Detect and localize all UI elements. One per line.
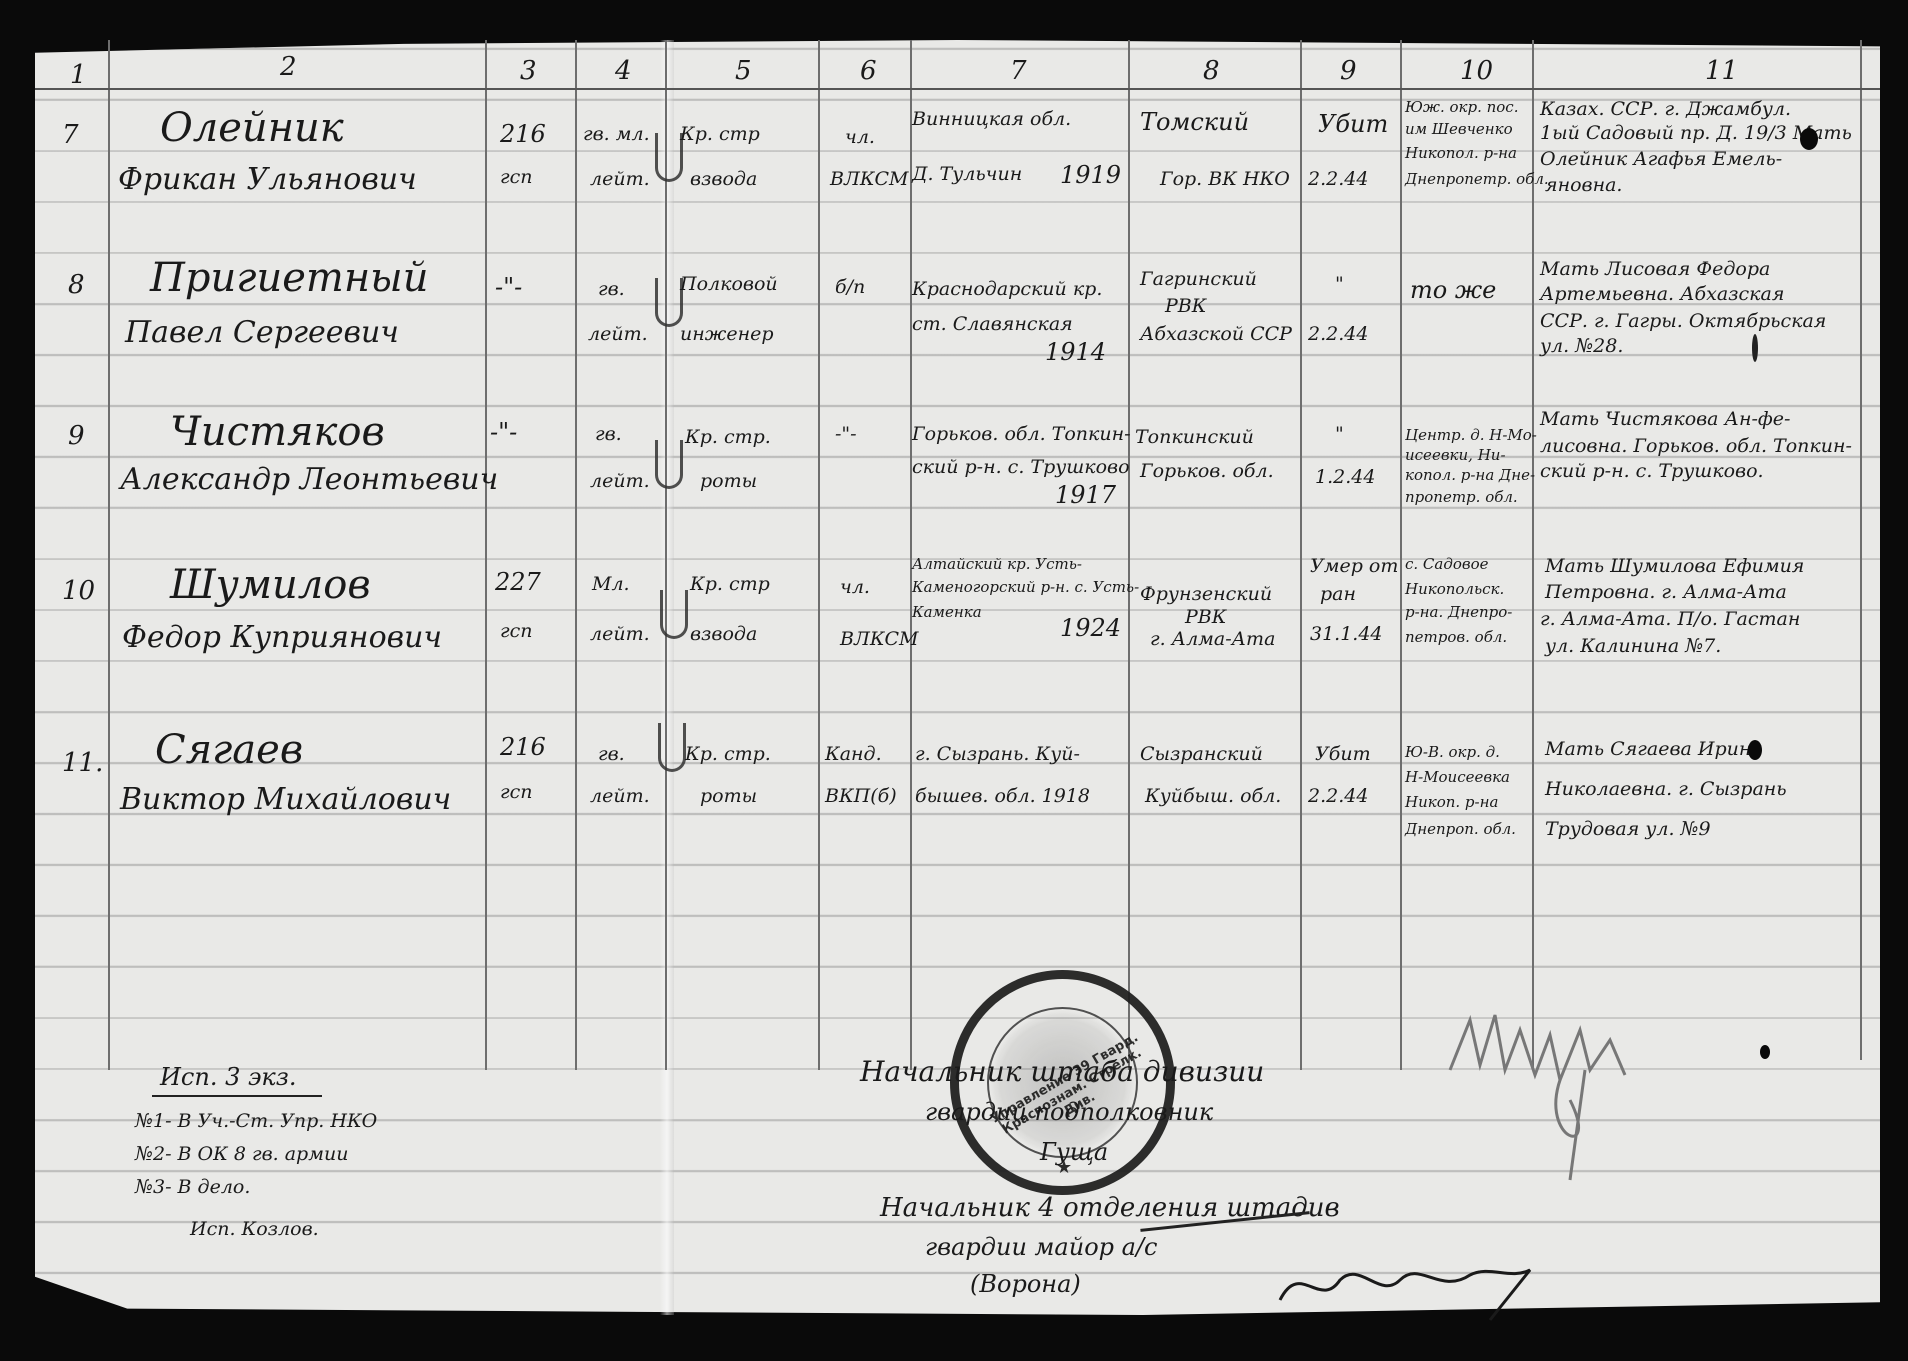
- next-of-kin: Артемьевна. Абхазская: [1540, 285, 1784, 304]
- header-rule: [35, 88, 1880, 90]
- paper-hole: [1748, 740, 1762, 760]
- birth-place: ст. Славянская: [912, 315, 1073, 334]
- rank: лейт.: [588, 325, 648, 344]
- fate-date: 1.2.44: [1315, 468, 1375, 487]
- burial-place: Юж. окр. пос.: [1405, 100, 1518, 115]
- burial-place: Днепроп. обл.: [1405, 822, 1516, 837]
- burial-place: Никопол. р-на: [1405, 146, 1517, 161]
- burial-place: Центр. д. Н-Мо-: [1405, 428, 1537, 443]
- given-names: Федор Куприянович: [122, 623, 442, 653]
- unit: гсп: [500, 622, 532, 641]
- paper-fold: [660, 40, 674, 1315]
- burial-place: им Шевченко: [1405, 122, 1513, 137]
- party-membership: ВЛКСМ: [840, 630, 919, 649]
- fate-date: 2.2.44: [1308, 325, 1368, 344]
- signature-mark: [1440, 1000, 1700, 1230]
- position: роты: [700, 787, 757, 806]
- rank: Мл.: [592, 575, 630, 594]
- column-number: 3: [520, 58, 537, 84]
- next-of-kin: Мать Чистякова Ан-фе-: [1540, 410, 1790, 429]
- unit: 227: [495, 570, 541, 594]
- birth-year: 1919: [1060, 163, 1121, 187]
- column-number: 10: [1460, 58, 1493, 84]
- party-membership: ВКП(б): [825, 787, 897, 806]
- column-number: 1: [70, 62, 87, 88]
- birth-place: г. Сызрань. Куй-: [915, 745, 1080, 764]
- next-of-kin: яновна.: [1545, 176, 1622, 195]
- next-of-kin: лисовна. Горьков. обл. Топкин-: [1540, 437, 1852, 456]
- next-of-kin: Мать Сягаева Ирина: [1545, 740, 1763, 759]
- conscripted-by: РВК: [1165, 297, 1206, 316]
- rank: лейт.: [590, 787, 650, 806]
- next-of-kin: Мать Лисовая Федора: [1540, 260, 1770, 279]
- position: Кр. стр: [680, 125, 760, 144]
- party-membership: б/п: [835, 278, 865, 297]
- conscripted-by: Фрунзенский: [1140, 585, 1272, 604]
- next-of-kin: ул. Калинина №7.: [1545, 637, 1721, 656]
- signatory-name: Гуща: [1040, 1140, 1108, 1164]
- position: Кр. стр: [690, 575, 770, 594]
- row-number: 8: [68, 272, 85, 298]
- surname: Чистяков: [170, 412, 385, 452]
- column-rule: [1400, 40, 1402, 1070]
- burial-place: Никопольск.: [1405, 582, 1504, 597]
- column-rule: [665, 40, 667, 1070]
- burial-place: Днепропетр. обл.: [1405, 172, 1549, 187]
- conscripted-by: Томский: [1140, 110, 1249, 134]
- checkmark-icon: [658, 723, 686, 772]
- signatory-name: (Ворона): [970, 1272, 1081, 1296]
- paper-hole: [1800, 128, 1818, 150]
- burial-place: Н-Моисеевка: [1405, 770, 1510, 785]
- fate: ": [1335, 275, 1344, 294]
- party-membership: -"-: [835, 425, 857, 444]
- unit: гсп: [500, 783, 532, 802]
- checkmark-icon: [655, 440, 683, 489]
- column-rule: [1532, 40, 1534, 1070]
- rank: гв.: [598, 280, 625, 299]
- position: Кр. стр.: [685, 428, 771, 447]
- rank: гв.: [598, 745, 625, 764]
- birth-place: Винницкая обл.: [912, 110, 1071, 129]
- conscripted-by: Абхазской ССР: [1140, 325, 1292, 344]
- burial-place: копол. р-на Дне-: [1405, 468, 1535, 483]
- column-number: 5: [735, 58, 752, 84]
- burial-place: петров. обл.: [1405, 630, 1507, 645]
- rank: гв.: [595, 425, 622, 444]
- rank: лейт.: [590, 170, 650, 189]
- fate-date: 31.1.44: [1310, 625, 1383, 644]
- burial-place: исеевки, Ни-: [1405, 448, 1506, 463]
- birth-place: Каменогорский р-н. с. Усть-: [912, 580, 1139, 595]
- next-of-kin: ул. №28.: [1540, 337, 1623, 356]
- fate-date: 2.2.44: [1308, 787, 1368, 806]
- title-underline: [152, 1095, 322, 1097]
- fate-date: 2.2.44: [1308, 170, 1368, 189]
- surname: Сягаев: [155, 730, 303, 770]
- surname: Олейник: [160, 108, 344, 148]
- conscripted-by: Гор. ВК НКО: [1160, 170, 1290, 189]
- column-rule: [575, 40, 577, 1070]
- column-number: 9: [1340, 58, 1357, 84]
- checkmark-icon: [655, 278, 683, 327]
- unit: -"-: [495, 275, 522, 299]
- conscripted-by: Куйбыш. обл.: [1145, 787, 1281, 806]
- conscripted-by: Горьков. обл.: [1140, 462, 1274, 481]
- unit: гсп: [500, 168, 532, 187]
- next-of-kin: Трудовая ул. №9: [1545, 820, 1711, 839]
- position: Кр. стр.: [685, 745, 771, 764]
- distribution-line: №2- В ОК 8 гв. армии: [135, 1145, 348, 1164]
- column-number: 7: [1010, 58, 1027, 84]
- next-of-kin: Николаевна. г. Сызрань: [1545, 780, 1787, 799]
- next-of-kin: г. Алма-Ата. П/о. Гастан: [1540, 610, 1800, 629]
- distribution-title: Исп. 3 экз.: [160, 1065, 296, 1089]
- fate: ран: [1320, 585, 1356, 604]
- burial-place: р-на. Днепро-: [1405, 605, 1512, 620]
- burial-place: Ю-В. окр. д.: [1405, 745, 1500, 760]
- column-number: 6: [860, 58, 877, 84]
- rank: гв. мл.: [583, 125, 650, 144]
- next-of-kin: Казах. ССР. г. Джамбул.: [1540, 100, 1791, 119]
- signatory-rank: гвардии подполковник: [925, 1100, 1213, 1124]
- fate: Умер от: [1310, 557, 1398, 576]
- birth-place: бышев. обл. 1918: [915, 787, 1090, 806]
- distribution-line: №1- В Уч.-Ст. Упр. НКО: [135, 1112, 377, 1131]
- conscripted-by: Топкинский: [1135, 428, 1254, 447]
- distribution-line: №3- В дело.: [135, 1178, 250, 1197]
- next-of-kin: ский р-н. с. Трушково.: [1540, 462, 1764, 481]
- position: взвода: [690, 170, 757, 189]
- birth-year: 1924: [1060, 616, 1121, 640]
- party-membership: Канд.: [825, 745, 882, 764]
- column-number: 11: [1705, 58, 1738, 84]
- rank: лейт.: [590, 625, 650, 644]
- position: взвода: [690, 625, 757, 644]
- next-of-kin: Мать Шумилова Ефимия: [1545, 557, 1804, 576]
- party-membership: чл.: [845, 128, 875, 147]
- position: роты: [700, 472, 757, 491]
- burial-place: пропетр. обл.: [1405, 490, 1518, 505]
- row-number: 10: [62, 578, 95, 604]
- checkmark-icon: [660, 590, 688, 639]
- column-rule: [485, 40, 487, 1070]
- unit: 216: [500, 735, 546, 759]
- birth-place: Горьков. обл. Топкин-: [912, 425, 1131, 444]
- burial-place: с. Садовое: [1405, 557, 1489, 572]
- conscripted-by: Сызранский: [1140, 745, 1263, 764]
- column-number: 4: [615, 58, 632, 84]
- given-names: Виктор Михайлович: [120, 785, 451, 815]
- surname: Пригиетный: [150, 258, 429, 298]
- conscripted-by: РВК: [1185, 608, 1226, 627]
- row-number: 7: [62, 122, 79, 148]
- surname: Шумилов: [170, 565, 371, 605]
- next-of-kin: Петровна. г. Алма-Ата: [1545, 583, 1787, 602]
- column-rule: [1860, 40, 1862, 1060]
- birth-place: Краснодарский кр.: [912, 280, 1102, 299]
- signatory-rank: гвардии майор а/с: [925, 1235, 1157, 1259]
- column-rule: [1300, 40, 1302, 1070]
- column-rule: [1128, 40, 1130, 1070]
- birth-year: 1917: [1055, 483, 1116, 507]
- row-number: 11.: [62, 750, 103, 776]
- conscripted-by: Гагринский: [1140, 270, 1257, 289]
- position: Полковой: [680, 275, 778, 294]
- next-of-kin: ССР. г. Гагры. Октябрьская: [1540, 312, 1826, 331]
- birth-place: Каменка: [912, 605, 982, 620]
- given-names: Александр Леонтьевич: [120, 465, 498, 495]
- burial-place: Никоп. р-на: [1405, 795, 1498, 810]
- fate: Убит: [1318, 112, 1388, 136]
- rank: лейт.: [590, 472, 650, 491]
- row-number: 9: [68, 423, 85, 449]
- party-membership: чл.: [840, 578, 870, 597]
- column-number: 8: [1203, 58, 1220, 84]
- paper-tear: [1752, 334, 1758, 362]
- executor-name: Исп. Козлов.: [190, 1220, 319, 1239]
- paper-hole: [1760, 1045, 1770, 1059]
- unit: 216: [500, 122, 546, 146]
- given-names: Фрикан Ульянович: [118, 165, 417, 195]
- signature-mark: [1270, 1240, 1550, 1330]
- unit: -"-: [490, 420, 517, 444]
- party-membership: ВЛКСМ: [830, 170, 909, 189]
- position: инженер: [680, 325, 774, 344]
- conscripted-by: г. Алма-Ата: [1150, 630, 1275, 649]
- next-of-kin: Олейник Агафья Емель-: [1540, 150, 1782, 169]
- birth-place: Д. Тульчин: [912, 165, 1022, 184]
- column-number: 2: [280, 54, 297, 80]
- fate: Убит: [1315, 745, 1371, 764]
- birth-year: 1914: [1045, 340, 1106, 364]
- column-rule: [818, 40, 820, 1070]
- checkmark-icon: [655, 133, 683, 182]
- fate: ": [1335, 425, 1344, 444]
- column-rule: [108, 40, 110, 1070]
- birth-place: Алтайский кр. Усть-: [912, 557, 1082, 572]
- burial-place: то же: [1410, 278, 1496, 302]
- signatory-title: Начальник штаба дивизии: [860, 1058, 1264, 1086]
- birth-place: ский р-н. с. Трушково: [912, 458, 1130, 477]
- given-names: Павел Сергеевич: [125, 318, 399, 348]
